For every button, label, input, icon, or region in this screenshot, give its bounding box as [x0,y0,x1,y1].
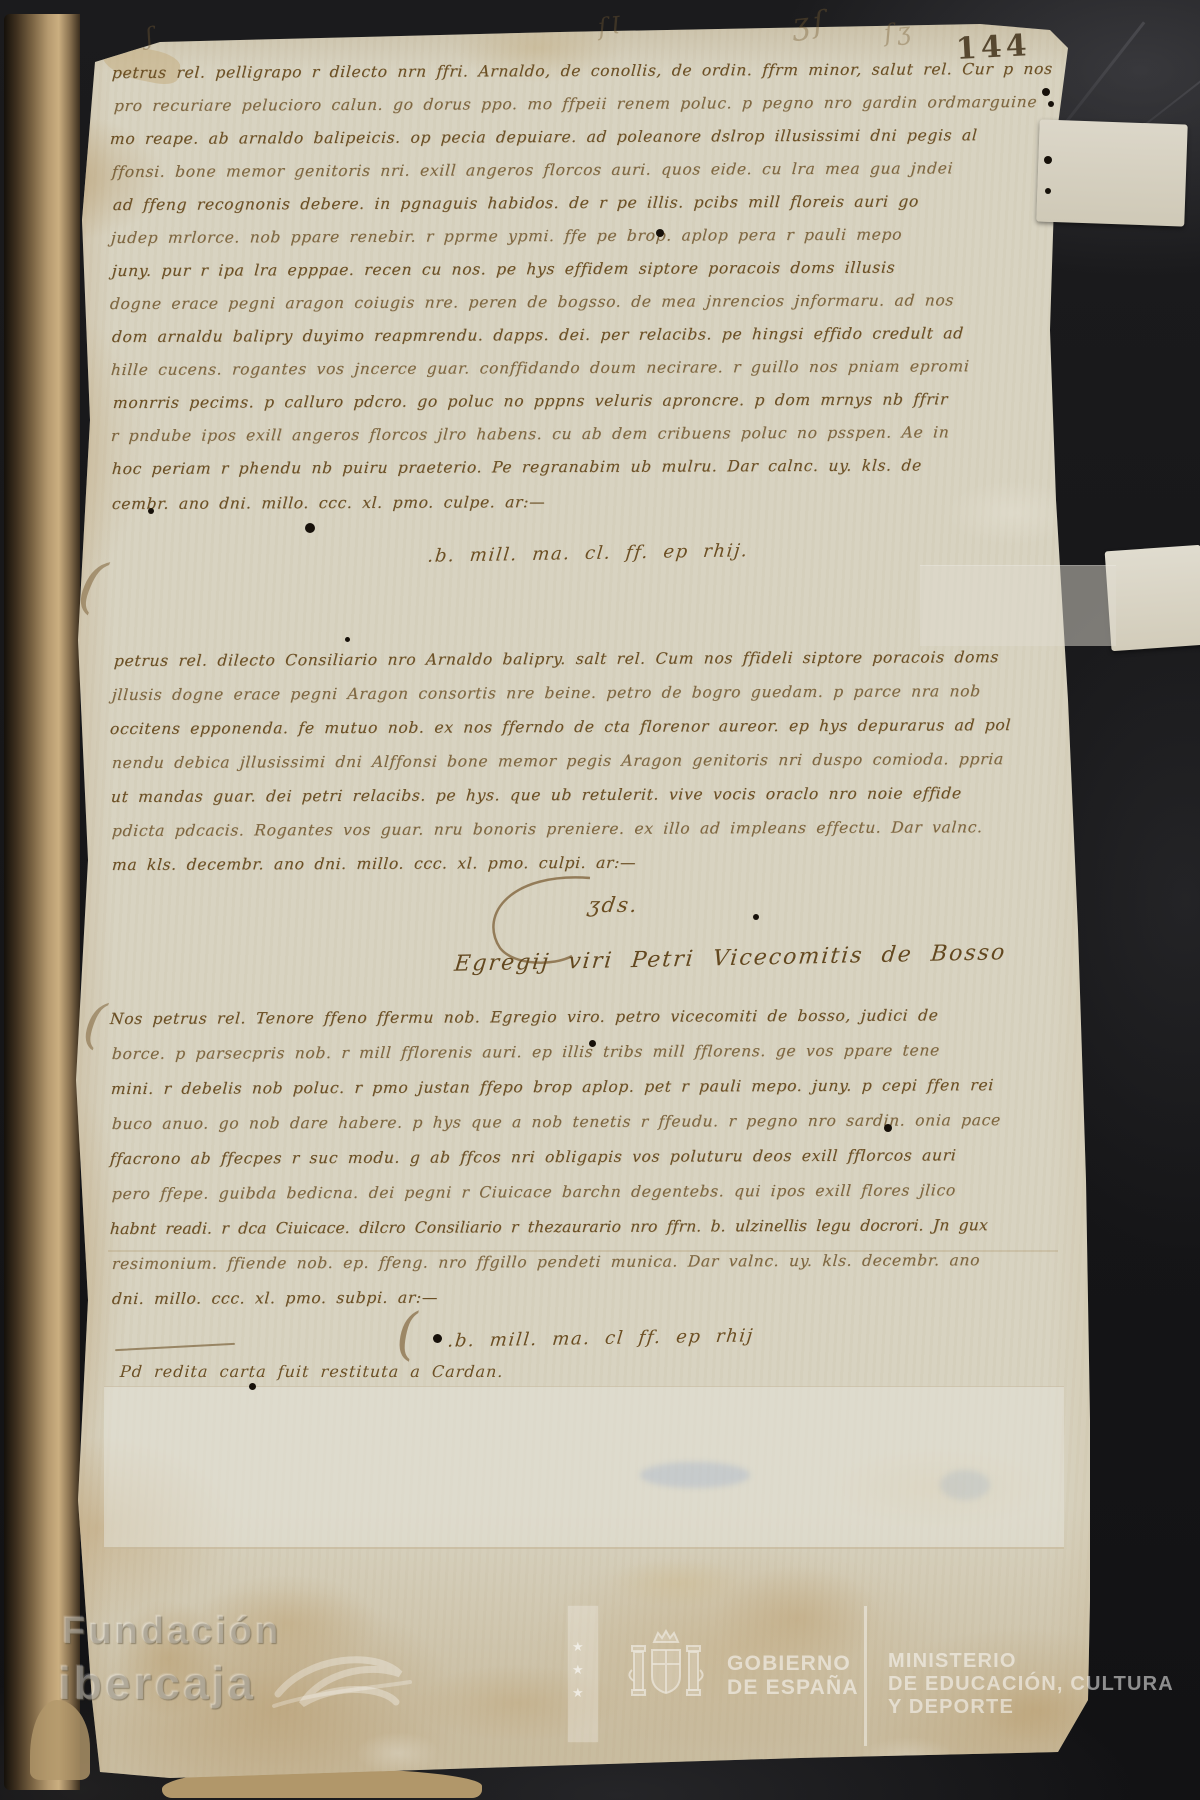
ink-dot [753,914,759,920]
ghost-writing: ʃ [145,22,158,51]
ink-dot [433,1334,442,1343]
manuscript-line: dni. millo. ccc. xl. pmo. subpi. ar:— [111,1289,438,1308]
chancery-subscription: .b. mill. ma. cl. ff. ep rhij. [427,540,750,567]
ministerio-watermark-line2: DE EDUCACIÓN, CULTURA [888,1673,1174,1696]
pen-stroke [115,1343,235,1351]
gobierno-watermark-line2: DE ESPAÑA [727,1676,859,1700]
manuscript-line: resimonium. ffiende nob. ep. ffeng. nro … [111,1251,980,1273]
ink-dot [148,508,154,514]
manuscript-line: mini. r debelis nob poluc. r pmo justan … [110,1076,994,1098]
manuscript-line: ma kls. decembr. ano dni. millo. ccc. xl… [111,854,636,874]
ibercaja-logo-icon [272,1640,412,1735]
ink-dot [589,1040,596,1047]
manuscript-line: Nos petrus rel. Tenore ffeno ffermu nob.… [109,1006,939,1028]
star-icon: ★ [572,1663,584,1678]
ghost-writing: ſƖ [597,11,626,42]
blue-stamp-ghost [640,1462,750,1488]
chancery-subscription: .b. mill. ma. cl ff. ep rhij [447,1325,755,1351]
ink-dot [305,523,315,533]
manuscript-line: dogne erace pegni aragon coiugis nre. pe… [109,291,954,313]
manuscript-line: judep mrlorce. nob ppare renebir. r pprm… [110,226,902,247]
ink-dot [884,1124,892,1132]
manuscript-line: ffonsi. bone memor genitoris nri. exill … [111,159,953,181]
gobierno-watermark-line1: GOBIERNO [727,1652,851,1676]
manuscript-line: ad ffeng recognonis debere. in pgnaguis … [112,192,919,214]
manuscript-line: jllusis dogne erace pegni Aragon consort… [111,682,981,704]
initial-flourish: ( [80,991,110,1056]
ink-dot [1045,188,1051,194]
manuscript-line: habnt readi. r dca Ciuicace. dilcro Cons… [109,1216,988,1238]
manuscript-line: petrus rel. dilecto Consiliario nro Arna… [113,648,999,670]
manuscript-line: juny. pur r ipa lra epppae. recen cu nos… [111,259,896,280]
manuscript-line: ut mandas guar. dei petri relacibs. pe h… [110,784,962,806]
manuscript-line: nendu debica jllusissimi dni Alffonsi bo… [111,750,1004,772]
ink-dot [1044,156,1052,164]
manuscript-line: cembr. ano dni. millo. ccc. xl. pmo. cul… [111,493,546,513]
manuscript-line: pdicta pdcacis. Rogantes vos guar. nru b… [111,818,983,840]
folio-number: 144 [955,28,1031,67]
section-mark: ʒds. [586,893,640,917]
ink-dot [656,229,664,237]
manuscript-line: borce. p parsecpris nob. r mill ffloreni… [111,1041,940,1063]
archivist-note: Pd redita carta fuit restituta a Cardan. [119,1362,504,1381]
manuscript-line: monrris pecims. p calluro pdcro. go polu… [112,390,948,412]
ibercaja-watermark-line2: ibercaja [58,1656,256,1710]
manuscript-text: ʃ ſƖ ʒſ ſʒ petrus rel. pelligrapo r dile… [0,0,1062,1800]
ibercaja-watermark-line1: Fundación [62,1610,281,1653]
ghost-writing: ſʒ [883,16,916,47]
ministerio-watermark-line1: MINISTERIO [888,1650,1017,1673]
watermark-divider [864,1606,867,1746]
repair-tape-patch [1105,545,1200,651]
star-icon: ★ [572,1640,584,1655]
manuscript-line: mo reape. ab arnaldo balipeicis. op peci… [109,126,978,148]
manuscript-line: dom arnaldu balipry duyimo reapmrendu. d… [111,324,964,346]
manuscript-photo: ʃ ſƖ ʒſ ſʒ petrus rel. pelligrapo r dile… [0,0,1200,1800]
ink-dot [1042,88,1050,96]
star-icon: ★ [572,1686,584,1701]
manuscript-line: ffacrono ab ffecpes r suc modu. g ab ffc… [109,1146,957,1168]
blue-stamp-ghost [940,1470,990,1500]
ink-dot [1048,101,1054,107]
subscription-flourish: ( [396,1302,418,1367]
ghost-writing: ʒſ [790,4,830,43]
manuscript-line: pero ffepe. guibda bedicna. dei pegni r … [111,1181,956,1203]
manuscript-line: petrus rel. pelligrapo r dilecto nrn ffr… [111,60,1053,82]
manuscript-line: r pndube ipos exill angeros florcos jlro… [110,423,950,445]
manuscript-line: pro recuriare pelucioro calun. go dorus … [113,93,1037,115]
initial-flourish: ( [73,546,112,622]
ink-dot [345,637,350,642]
manuscript-line: occitens epponenda. fe mutuo nob. ex nos… [109,716,1011,738]
manuscript-line: hoc periam r phendu nb puiru praeterio. … [111,456,922,478]
manuscript-line: buco anuo. go nob dare habere. p hys que… [111,1111,1001,1133]
ink-dot [249,1383,256,1390]
spain-coat-of-arms-icon [626,1626,706,1726]
manuscript-line: hille cucens. rogantes vos jncerce guar.… [110,357,970,379]
ministerio-watermark-line3: Y DEPORTE [888,1696,1014,1719]
